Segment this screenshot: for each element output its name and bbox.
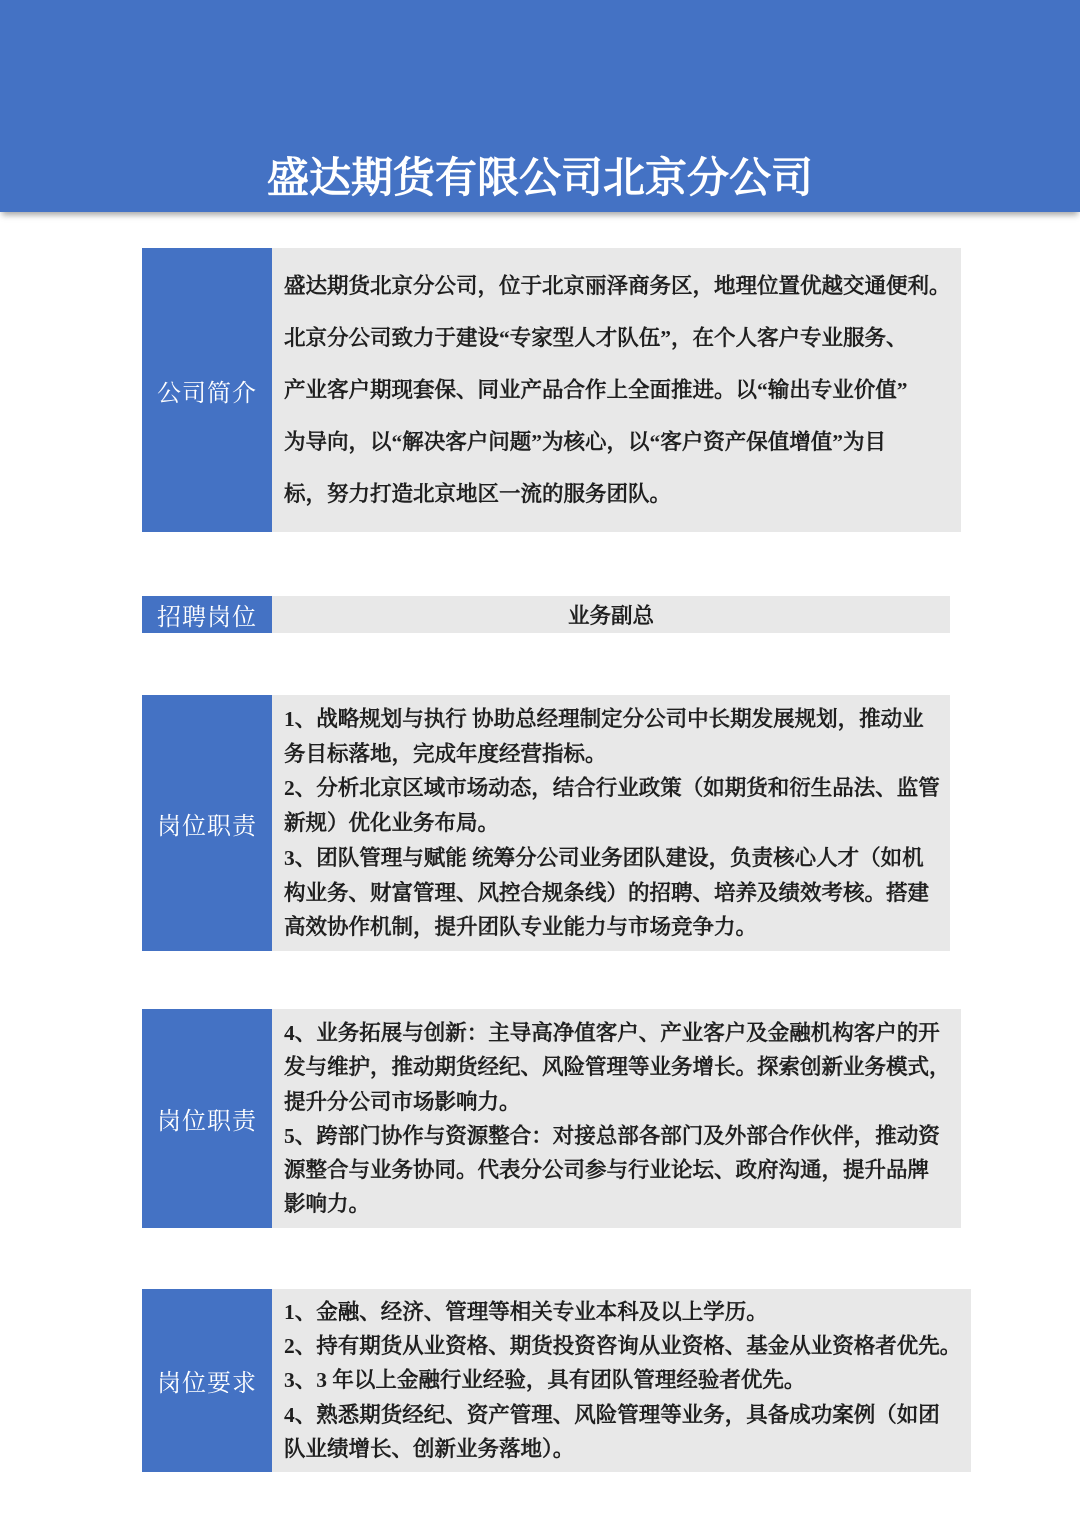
section-job-duties-2: 岗位职责 4、业务拓展与创新：主导高净值客户、产业客户及金融机构客户的开 发与维… (142, 1009, 950, 1228)
job-requirements-line: 4、熟悉期货经纪、资产管理、风险管理等业务，具备成功案例（如团 (284, 1398, 961, 1432)
job-duties-2-content: 4、业务拓展与创新：主导高净值客户、产业客户及金融机构客户的开 发与维护，推动期… (272, 1009, 961, 1228)
company-intro-line: 北京分公司致力于建设“专家型人才队伍”，在个人客户专业服务、 (284, 312, 951, 364)
job-posting-page: 盛达期货有限公司北京分公司 公司简介 盛达期货北京分公司，位于北京丽泽商务区，地… (0, 0, 1080, 1527)
section-recruiting-position: 招聘岗位 业务副总 (142, 596, 950, 633)
job-duties-line: 1、战略规划与执行 协助总经理制定分公司中长期发展规划，推动业 (284, 702, 940, 737)
job-duties-1-content: 1、战略规划与执行 协助总经理制定分公司中长期发展规划，推动业 务目标落地，完成… (272, 695, 950, 951)
company-intro-line: 盛达期货北京分公司，位于北京丽泽商务区，地理位置优越交通便利。 (284, 260, 951, 312)
job-duties-line: 新规）优化业务布局。 (284, 806, 940, 841)
section-job-duties-1: 岗位职责 1、战略规划与执行 协助总经理制定分公司中长期发展规划，推动业 务目标… (142, 695, 950, 951)
job-duties-line: 发与维护，推动期货经纪、风险管理等业务增长。探索创新业务模式， (284, 1050, 951, 1084)
recruiting-position-label: 招聘岗位 (142, 596, 272, 633)
job-duties-line: 提升分公司市场影响力。 (284, 1085, 951, 1119)
job-requirements-line: 1、金融、经济、管理等相关专业本科及以上学历。 (284, 1295, 961, 1329)
job-duties-line: 源整合与业务协同。代表分公司参与行业论坛、政府沟通，提升品牌 (284, 1153, 951, 1187)
job-duties-line: 4、业务拓展与创新：主导高净值客户、产业客户及金融机构客户的开 (284, 1016, 951, 1050)
recruiting-position-value: 业务副总 (272, 596, 950, 633)
job-duties-line: 2、分析北京区域市场动态，结合行业政策（如期货和衍生品法、监管 (284, 771, 940, 806)
header-banner: 盛达期货有限公司北京分公司 (0, 0, 1080, 212)
section-company-intro: 公司简介 盛达期货北京分公司，位于北京丽泽商务区，地理位置优越交通便利。 北京分… (142, 248, 950, 532)
job-duties-1-label: 岗位职责 (142, 695, 272, 951)
job-duties-line: 影响力。 (284, 1187, 951, 1221)
page-title: 盛达期货有限公司北京分公司 (267, 156, 813, 212)
job-duties-line: 高效协作机制，提升团队专业能力与市场竞争力。 (284, 910, 940, 945)
job-requirements-label: 岗位要求 (142, 1289, 272, 1472)
company-intro-line: 产业客户期现套保、同业产品合作上全面推进。以“输出专业价值” (284, 364, 951, 416)
job-requirements-line: 队业绩增长、创新业务落地）。 (284, 1432, 961, 1466)
section-job-requirements: 岗位要求 1、金融、经济、管理等相关专业本科及以上学历。 2、持有期货从业资格、… (142, 1289, 950, 1472)
job-requirements-line: 2、持有期货从业资格、期货投资咨询从业资格、基金从业资格者优先。 (284, 1329, 961, 1363)
job-duties-2-label: 岗位职责 (142, 1009, 272, 1228)
job-requirements-line: 3、3 年以上金融行业经验，具有团队管理经验者优先。 (284, 1363, 961, 1397)
company-intro-content: 盛达期货北京分公司，位于北京丽泽商务区，地理位置优越交通便利。 北京分公司致力于… (272, 248, 961, 532)
sections-container: 公司简介 盛达期货北京分公司，位于北京丽泽商务区，地理位置优越交通便利。 北京分… (0, 248, 1080, 1472)
job-duties-line: 务目标落地，完成年度经营指标。 (284, 737, 940, 772)
job-duties-line: 构业务、财富管理、风控合规条线）的招聘、培养及绩效考核。搭建 (284, 876, 940, 911)
company-intro-line: 标，努力打造北京地区一流的服务团队。 (284, 468, 951, 520)
job-duties-line: 3、团队管理与赋能 统筹分公司业务团队建设，负责核心人才（如机 (284, 841, 940, 876)
company-intro-line: 为导向，以“解决客户问题”为核心，以“客户资产保值增值”为目 (284, 416, 951, 468)
company-intro-label: 公司简介 (142, 248, 272, 532)
job-requirements-content: 1、金融、经济、管理等相关专业本科及以上学历。 2、持有期货从业资格、期货投资咨… (272, 1289, 971, 1472)
job-duties-line: 5、跨部门协作与资源整合：对接总部各部门及外部合作伙伴，推动资 (284, 1119, 951, 1153)
